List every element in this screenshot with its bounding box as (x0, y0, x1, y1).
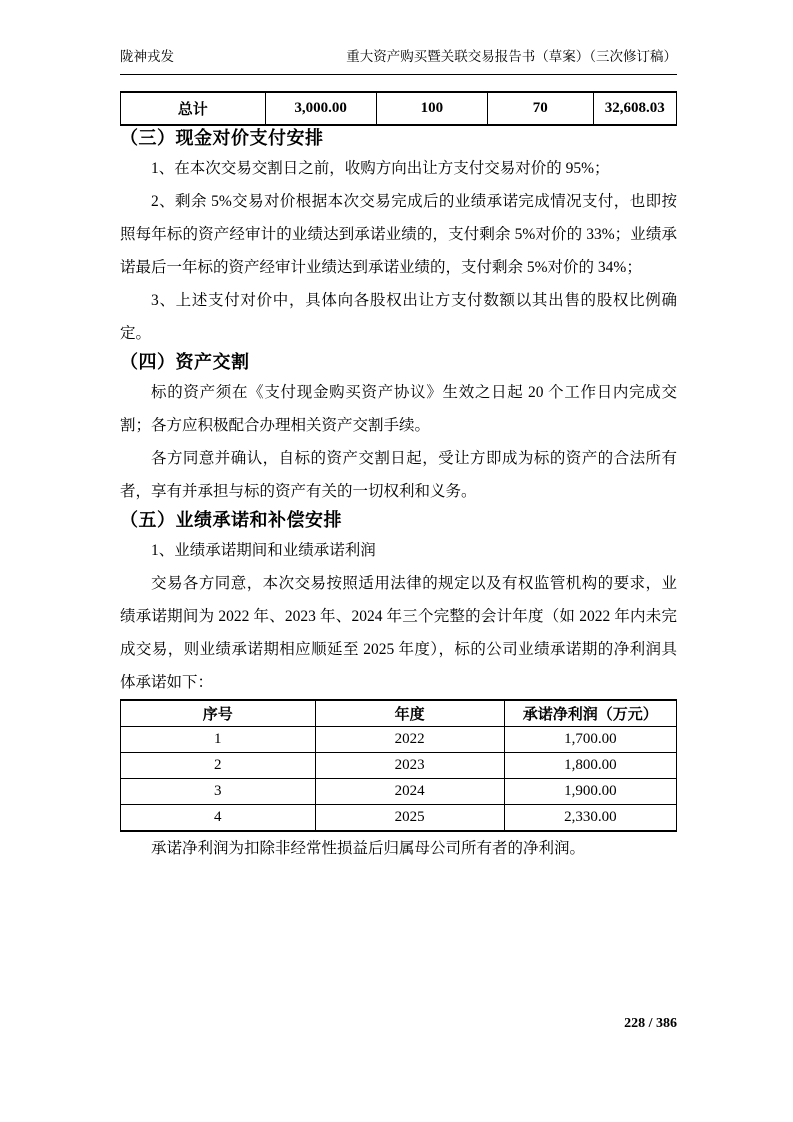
section-heading-asset-delivery: （四）资产交割 (120, 350, 677, 376)
header-right-text: 重大资产购买暨关联交易报告书（草案）（三次修订稿） (346, 48, 677, 66)
table-cell: 2 (121, 753, 316, 779)
section-heading-performance-commitment: （五）业绩承诺和补偿安排 (120, 508, 677, 534)
page-number: 228 / 386 (624, 1016, 677, 1032)
paragraph: 1、在本次交易交割日之前，收购方向出让方支付交易对价的 95%； (120, 152, 677, 185)
table-header-row: 序号 年度 承诺净利润（万元） (121, 700, 677, 727)
table-row: 2 2023 1,800.00 (121, 753, 677, 779)
note-paragraph: 承诺净利润为扣除非经常性损益后归属母公司所有者的净利润。 (120, 832, 677, 865)
header-left-text: 陇神戎发 (120, 48, 174, 66)
page-content: 陇神戎发 重大资产购买暨关联交易报告书（草案）（三次修订稿） 总计 3,000.… (120, 0, 677, 865)
table-cell: 2024 (315, 779, 504, 805)
table-cell: 3 (121, 779, 316, 805)
paragraph: 各方同意并确认，自标的资产交割日起，受让方即成为标的资产的合法所有者，享有并承担… (120, 442, 677, 508)
total-label-cell: 总计 (121, 92, 266, 125)
paragraph: 2、剩余 5%交易对价根据本次交易完成后的业绩承诺完成情况支付，也即按照每年标的… (120, 185, 677, 284)
table-cell: 100 (376, 92, 487, 125)
total-summary-table: 总计 3,000.00 100 70 32,608.03 (120, 91, 677, 126)
table-cell: 1,800.00 (504, 753, 676, 779)
table-cell: 1,700.00 (504, 727, 676, 753)
table-row: 4 2025 2,330.00 (121, 805, 677, 832)
table-cell: 2023 (315, 753, 504, 779)
table-cell: 70 (487, 92, 593, 125)
table-cell: 3,000.00 (265, 92, 376, 125)
table-header-cell: 承诺净利润（万元） (504, 700, 676, 727)
table-header-cell: 年度 (315, 700, 504, 727)
table-cell: 32,608.03 (593, 92, 676, 125)
table-row: 3 2024 1,900.00 (121, 779, 677, 805)
paragraph: 标的资产须在《支付现金购买资产协议》生效之日起 20 个工作日内完成交割；各方应… (120, 376, 677, 442)
sub-item-heading: 1、业绩承诺期间和业绩承诺利润 (120, 534, 677, 567)
paragraph: 3、上述支付对价中，具体向各股权出让方支付数额以其出售的股权比例确定。 (120, 284, 677, 350)
table-cell: 2022 (315, 727, 504, 753)
document-page: 陇神戎发 重大资产购买暨关联交易报告书（草案）（三次修订稿） 总计 3,000.… (0, 0, 793, 1122)
paragraph: 交易各方同意，本次交易按照适用法律的规定以及有权监管机构的要求，业绩承诺期间为 … (120, 567, 677, 699)
table-cell: 1,900.00 (504, 779, 676, 805)
running-header: 陇神戎发 重大资产购买暨关联交易报告书（草案）（三次修订稿） (120, 48, 677, 75)
section-heading-cash-payment: （三）现金对价支付安排 (120, 126, 677, 152)
total-row: 总计 3,000.00 100 70 32,608.03 (121, 92, 677, 125)
table-cell: 2025 (315, 805, 504, 832)
table-header-cell: 序号 (121, 700, 316, 727)
profit-commitment-table: 序号 年度 承诺净利润（万元） 1 2022 1,700.00 2 2023 1… (120, 699, 677, 832)
table-cell: 2,330.00 (504, 805, 676, 832)
table-cell: 1 (121, 727, 316, 753)
table-row: 1 2022 1,700.00 (121, 727, 677, 753)
table-cell: 4 (121, 805, 316, 832)
